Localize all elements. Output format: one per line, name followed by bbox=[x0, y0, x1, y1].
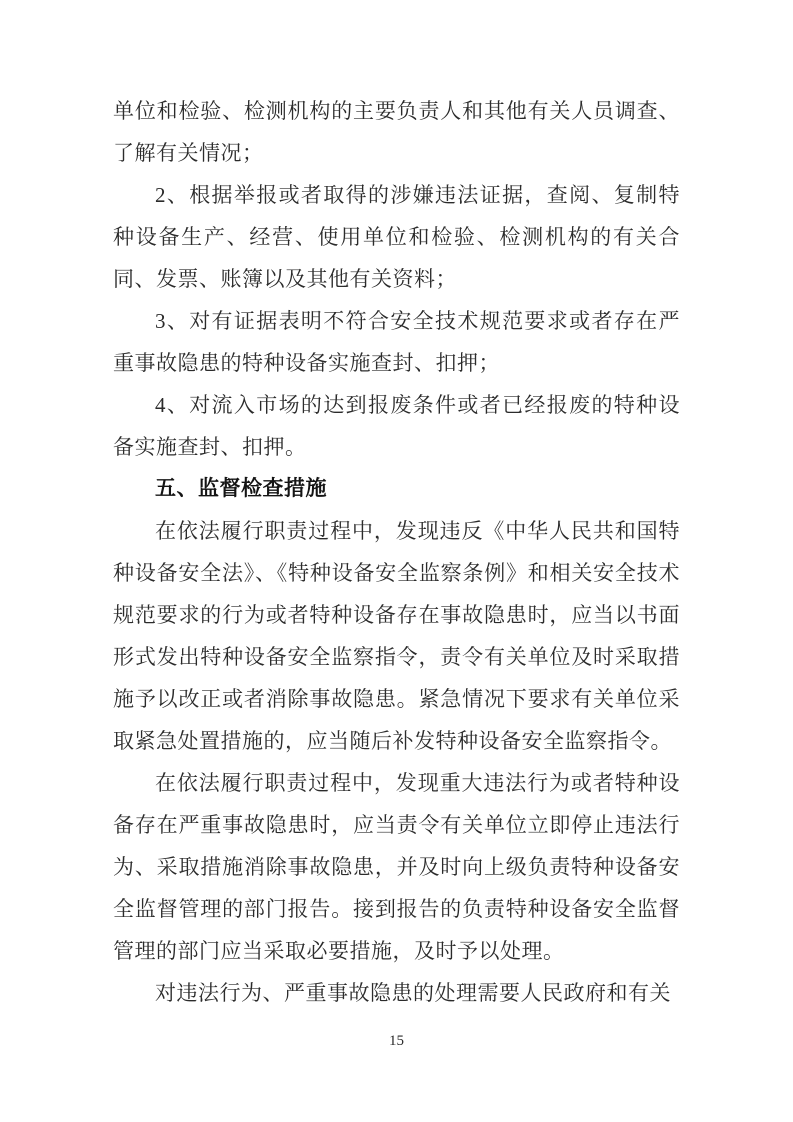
paragraph-supervision-directive: 在依法履行职责过程中，发现违反《中华人民共和国特种设备安全法》、《特种设备安全监… bbox=[113, 510, 680, 762]
list-item-3: 3、对有证据表明不符合安全技术规范要求或者存在严重事故隐患的特种设备实施查封、扣… bbox=[113, 300, 680, 384]
list-item-4: 4、对流入市场的达到报废条件或者已经报废的特种设备实施查封、扣押。 bbox=[113, 384, 680, 468]
list-item-2: 2、根据举报或者取得的涉嫌违法证据，查阅、复制特种设备生产、经营、使用单位和检验… bbox=[113, 174, 680, 300]
paragraph-government-handling: 对违法行为、严重事故隐患的处理需要人民政府和有关 bbox=[113, 972, 680, 1014]
paragraph-continuation: 单位和检验、检测机构的主要负责人和其他有关人员调查、了解有关情况； bbox=[113, 90, 680, 174]
document-page: 单位和检验、检测机构的主要负责人和其他有关人员调查、了解有关情况； 2、根据举报… bbox=[0, 0, 793, 1122]
paragraph-major-violation: 在依法履行职责过程中，发现重大违法行为或者特种设备存在严重事故隐患时，应当责令有… bbox=[113, 762, 680, 972]
section-heading: 五、监督检查措施 bbox=[113, 468, 680, 510]
document-body: 单位和检验、检测机构的主要负责人和其他有关人员调查、了解有关情况； 2、根据举报… bbox=[113, 90, 680, 1014]
page-number: 15 bbox=[0, 1032, 793, 1050]
